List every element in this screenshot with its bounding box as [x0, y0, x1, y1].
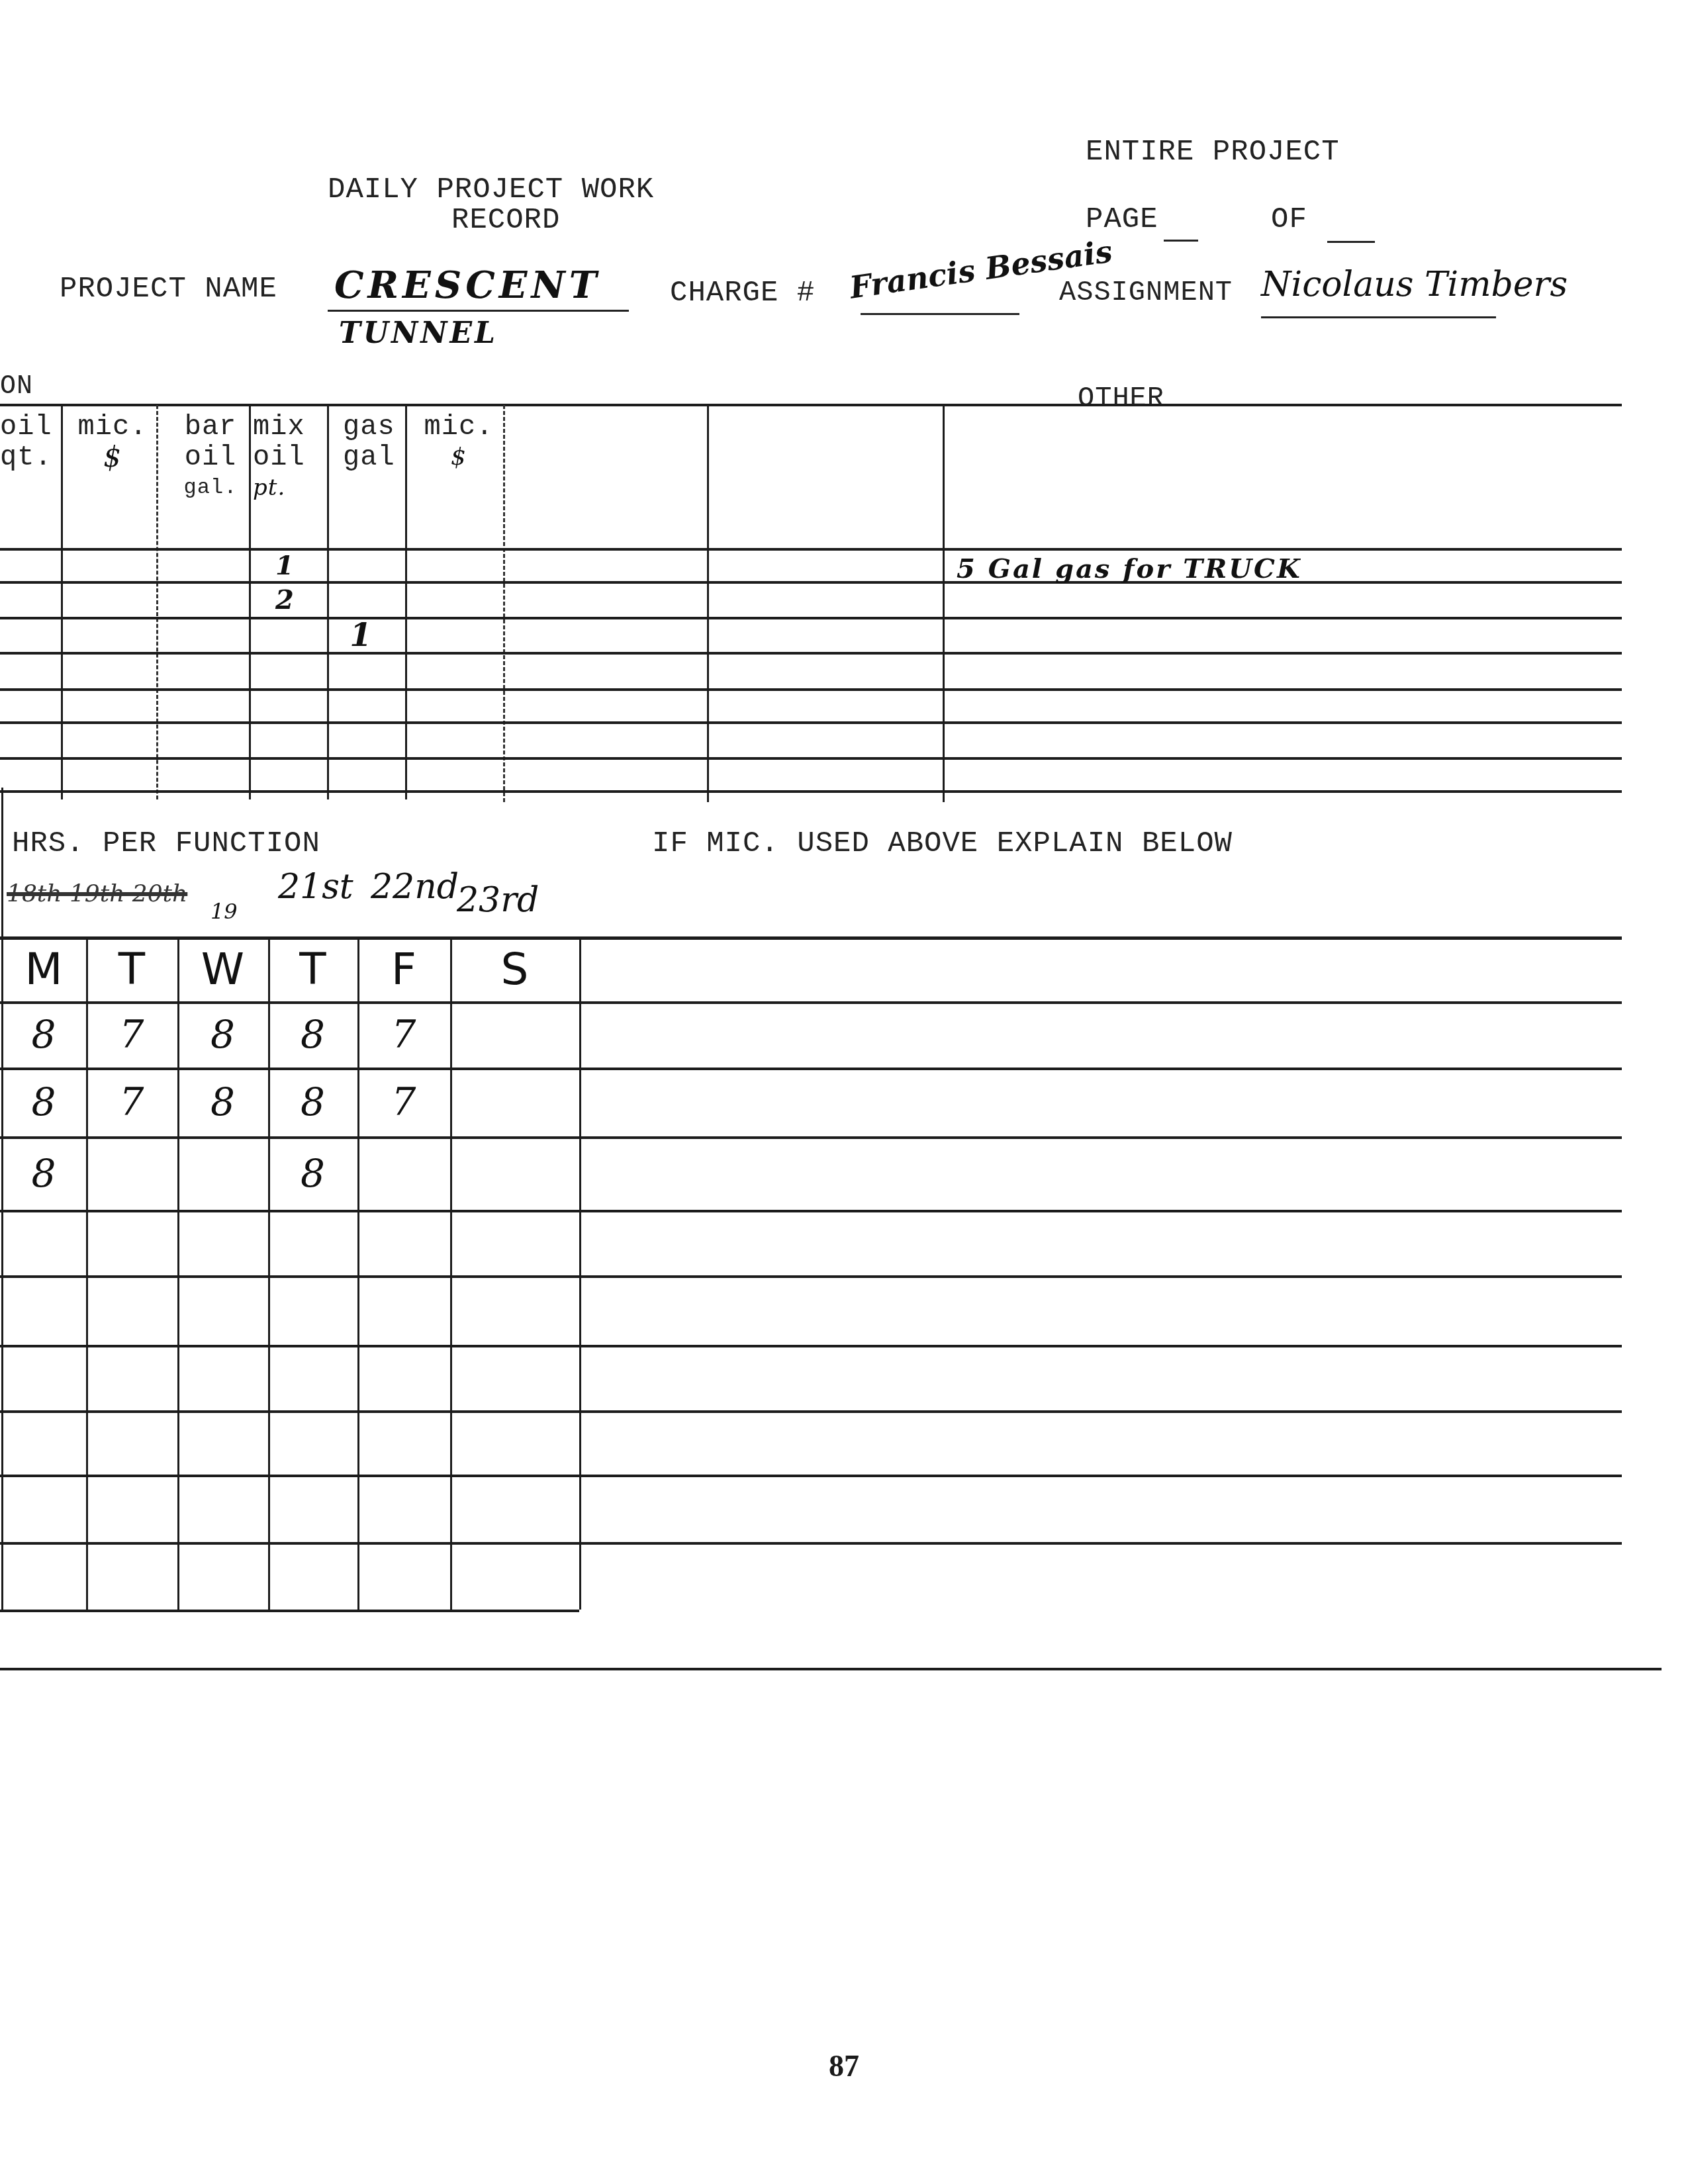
hours-cell[interactable] [1, 1275, 86, 1345]
hours-cell[interactable] [177, 1475, 268, 1542]
hours-cell[interactable]: 8 [268, 1001, 357, 1068]
project-name-label: PROJECT NAME [60, 273, 277, 306]
hours-row-rule [0, 1610, 579, 1612]
hours-cell[interactable] [268, 1410, 357, 1475]
crossed-out-dates: 18th 19th 20th [7, 880, 187, 907]
hours-cell[interactable] [268, 1475, 357, 1542]
assignment-underline [1261, 316, 1496, 318]
grid-line [503, 405, 505, 802]
hours-cell[interactable]: 7 [357, 1068, 450, 1136]
row-rule [0, 548, 1622, 551]
grid-line [707, 405, 709, 802]
explain-line[interactable] [579, 1410, 1622, 1413]
form-bottom-rule [0, 1668, 1662, 1670]
mix-oil-pt-row1[interactable]: 1 [265, 549, 305, 581]
hours-left-border [1, 788, 3, 953]
project-name-value[interactable]: CRESCENT [334, 263, 600, 307]
hours-cell[interactable]: 8 [268, 1068, 357, 1136]
page-field[interactable] [1164, 240, 1198, 242]
date-22nd: 22nd [371, 867, 459, 907]
hours-cell[interactable]: 7 [86, 1001, 177, 1068]
hours-cell[interactable] [86, 1136, 177, 1210]
col-header-oil-qt: oil qt. [0, 412, 52, 473]
other-row1[interactable]: 5 Gal gas for TRUCK [957, 553, 1302, 584]
explain-line[interactable] [579, 1210, 1622, 1212]
project-name-value-line2[interactable]: TUNNEL [339, 316, 498, 350]
hours-cell[interactable] [268, 1345, 357, 1410]
hours-cell[interactable] [357, 1275, 450, 1345]
row-rule [0, 617, 1622, 619]
hours-cell[interactable] [1, 1345, 86, 1410]
date-23rd: 23rd [457, 880, 539, 920]
hours-cell[interactable] [357, 1210, 450, 1275]
hours-cell[interactable] [86, 1275, 177, 1345]
hours-cell[interactable] [268, 1275, 357, 1345]
grid-line [249, 405, 251, 799]
hours-heading: HRS. PER FUNCTION [12, 827, 320, 860]
hours-cell[interactable] [177, 1275, 268, 1345]
section-heading-partial: ON [0, 372, 33, 402]
explain-line[interactable] [579, 1275, 1622, 1278]
hours-cell[interactable] [450, 1410, 579, 1475]
page-number: 87 [0, 2048, 1688, 2083]
date-21st: 21st [278, 867, 353, 907]
page-label: PAGE [1086, 203, 1158, 236]
row-rule [0, 688, 1622, 691]
hours-cell[interactable] [1, 1410, 86, 1475]
row-rule [0, 652, 1622, 655]
grid-line [405, 405, 407, 799]
explain-line[interactable] [579, 1001, 1622, 1004]
explain-left-border [579, 936, 581, 1610]
col-header-mix-oil-pt: mix oil pt. [253, 412, 305, 503]
explain-line[interactable] [579, 1542, 1622, 1545]
hours-cell[interactable] [86, 1345, 177, 1410]
hours-cell[interactable]: 8 [177, 1001, 268, 1068]
explain-line[interactable] [579, 1475, 1622, 1477]
date-19: 19 [211, 899, 238, 924]
of-field[interactable] [1327, 241, 1375, 243]
hours-cell[interactable]: 8 [1, 1068, 86, 1136]
of-label: OF [1271, 203, 1307, 236]
row-rule [0, 581, 1622, 584]
explain-line[interactable] [579, 1068, 1622, 1070]
hours-cell[interactable] [450, 1210, 579, 1275]
day-header: F [357, 936, 450, 1001]
hours-cell[interactable] [357, 1475, 450, 1542]
explain-line[interactable] [579, 1345, 1622, 1347]
assignment-label: ASSIGNMENT [1059, 277, 1233, 308]
grid-line [61, 405, 63, 799]
hours-cell[interactable] [450, 1345, 579, 1410]
other-heading: OTHER [1078, 383, 1164, 414]
hours-cell[interactable]: 7 [357, 1001, 450, 1068]
grid-line [943, 405, 945, 802]
col-header-mic-dollar-2: mic. $ [422, 412, 495, 473]
hours-cell[interactable]: 8 [177, 1068, 268, 1136]
hours-cell[interactable] [177, 1410, 268, 1475]
hours-cell[interactable]: 8 [268, 1136, 357, 1210]
hours-cell[interactable] [450, 1001, 579, 1068]
charge-underline [861, 313, 1019, 315]
row-rule [0, 721, 1622, 724]
day-header: W [177, 936, 268, 1001]
day-header: M [1, 936, 86, 1001]
hours-cell[interactable] [450, 1475, 579, 1542]
hours-cell[interactable] [177, 1210, 268, 1275]
assignment-value[interactable]: Nicolaus Timbers [1261, 265, 1568, 304]
hours-cell[interactable] [86, 1410, 177, 1475]
form-title-line1: DAILY PROJECT WORK [328, 173, 654, 206]
grid-line [156, 405, 158, 799]
explain-line[interactable] [579, 1136, 1622, 1139]
hours-cell[interactable] [450, 1275, 579, 1345]
hours-cell[interactable] [450, 1136, 579, 1210]
hours-cell[interactable] [1, 1210, 86, 1275]
hours-cell[interactable] [450, 1068, 579, 1136]
hours-cell[interactable] [86, 1475, 177, 1542]
form-title-line2: RECORD [451, 204, 560, 237]
hours-cell[interactable]: 8 [1, 1001, 86, 1068]
col-header-bar-oil-gal: bar oil gal. [177, 412, 244, 503]
day-header: T [268, 936, 357, 1001]
hours-cell[interactable] [357, 1410, 450, 1475]
gas-gal-row3[interactable]: 1 [338, 618, 384, 653]
hours-cell[interactable] [86, 1210, 177, 1275]
col-header-mic-dollar: mic. $ [73, 412, 152, 473]
row-rule [0, 790, 1622, 793]
day-header: T [86, 936, 177, 1001]
hours-cell[interactable] [357, 1136, 450, 1210]
hours-cell[interactable] [1, 1475, 86, 1542]
entire-project-label: ENTIRE PROJECT [1086, 136, 1340, 169]
hours-cell[interactable] [177, 1345, 268, 1410]
mix-oil-pt-row2[interactable]: 2 [265, 582, 305, 617]
charge-label: CHARGE # [670, 277, 815, 310]
grid-line [327, 405, 329, 799]
hours-cell[interactable] [357, 1345, 450, 1410]
hours-cell[interactable] [268, 1210, 357, 1275]
day-header: S [450, 936, 579, 1001]
hours-cell[interactable] [177, 1136, 268, 1210]
hours-cell[interactable]: 8 [1, 1136, 86, 1210]
hours-cell[interactable]: 7 [86, 1068, 177, 1136]
project-name-underline [328, 310, 629, 312]
explain-heading: IF MIC. USED ABOVE EXPLAIN BELOW [652, 827, 1233, 860]
equipment-top-rule [0, 404, 1622, 406]
col-header-gas-gal: gas gal [343, 412, 395, 473]
row-rule [0, 757, 1622, 760]
